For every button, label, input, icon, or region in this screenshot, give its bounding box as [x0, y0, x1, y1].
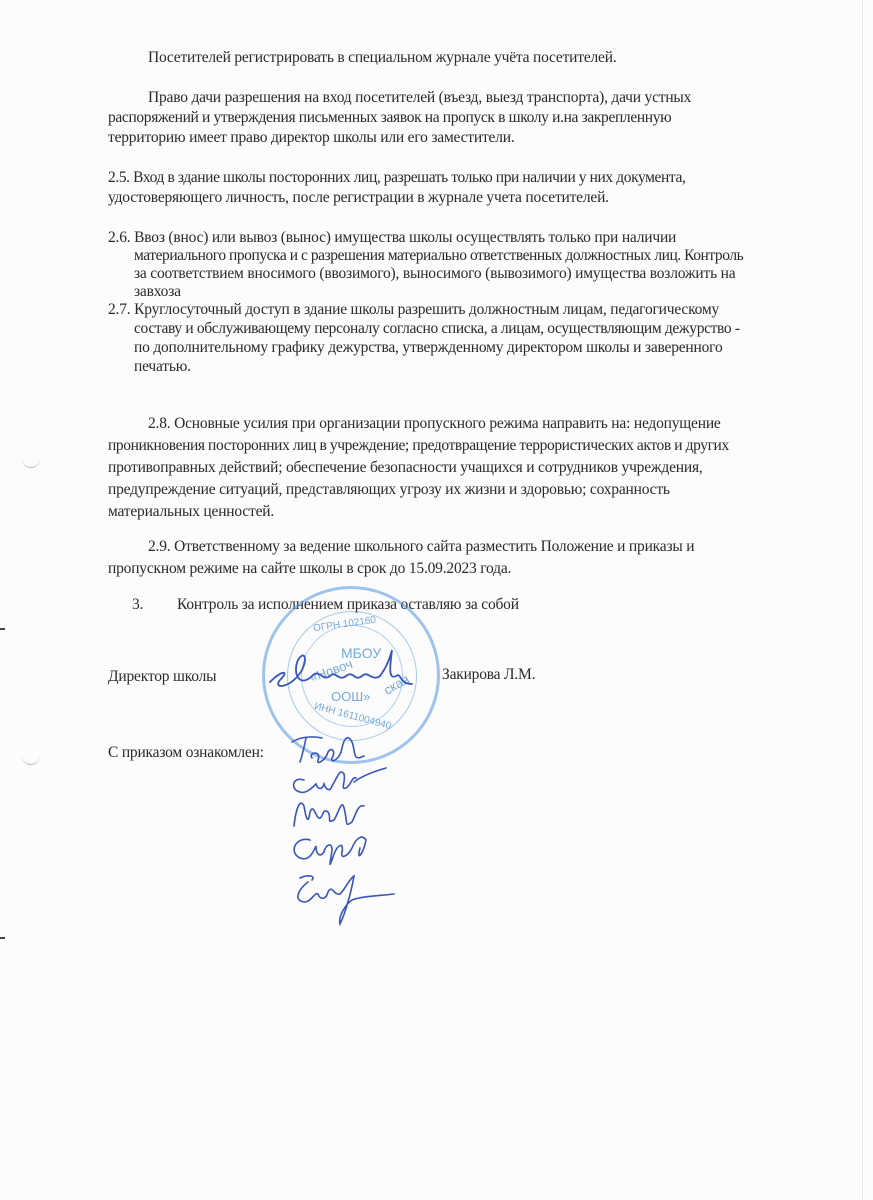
text-line: составу и обслуживающему персоналу согла… [134, 319, 740, 339]
text-line: 2.5. Вход в здание школы посторонних лиц… [108, 168, 685, 188]
text-line: предупреждение ситуаций, представляющих … [108, 480, 670, 500]
scan-edge-mark [0, 937, 5, 939]
text-line: материальных ценностей. [108, 502, 274, 522]
item-number: 3. [132, 595, 143, 615]
text-line: по дополнительному графику дежурства, ут… [134, 338, 723, 358]
signatory-name: Закирова Л.М. [442, 665, 535, 685]
text-line: завхоза [134, 282, 181, 302]
punch-hole-mark [22, 455, 40, 468]
scan-edge-mark [0, 628, 5, 630]
text-line: 2.9. Ответственному за ведение школьного… [148, 537, 694, 557]
text-line: распоряжений и утверждения письменных за… [108, 108, 671, 128]
text-line: противоправных действий; обеспечение без… [108, 458, 703, 478]
acknowledged-label: С приказом ознакомлен: [108, 743, 264, 763]
page-edge-line [862, 0, 863, 1200]
text-line: печатью. [134, 357, 191, 377]
paragraph-visitors-registration: Посетителей регистрировать в специальном… [148, 48, 617, 68]
text-line: удостоверяющего личность, после регистра… [108, 188, 609, 208]
text-line: 2.7. Круглосуточный доступ в здание школ… [108, 300, 719, 320]
text-line: 2.8. Основные усилия при организации про… [148, 414, 721, 434]
scanned-document-page: Посетителей регистрировать в специальном… [0, 0, 873, 1200]
text-line: пропускном режиме на сайте школы в срок … [108, 559, 511, 579]
text-line: территорию имеет право директор школы ил… [108, 128, 515, 148]
director-signature [262, 640, 422, 700]
text-line: материального пропуска и с разрешения ма… [134, 246, 743, 266]
signature-position-label: Директор школы [108, 667, 216, 687]
text-line: проникновения посторонних лиц в учрежден… [108, 436, 729, 456]
acknowledgement-signatures [282, 728, 402, 938]
text-line: Право дачи разрешения на вход посетителе… [148, 88, 691, 108]
text-line: за соответствием вносимого (ввозимого), … [134, 264, 735, 284]
punch-hole-mark [22, 752, 40, 765]
text-line: 2.6. Ввоз (внос) или вывоз (вынос) имуще… [108, 228, 676, 248]
